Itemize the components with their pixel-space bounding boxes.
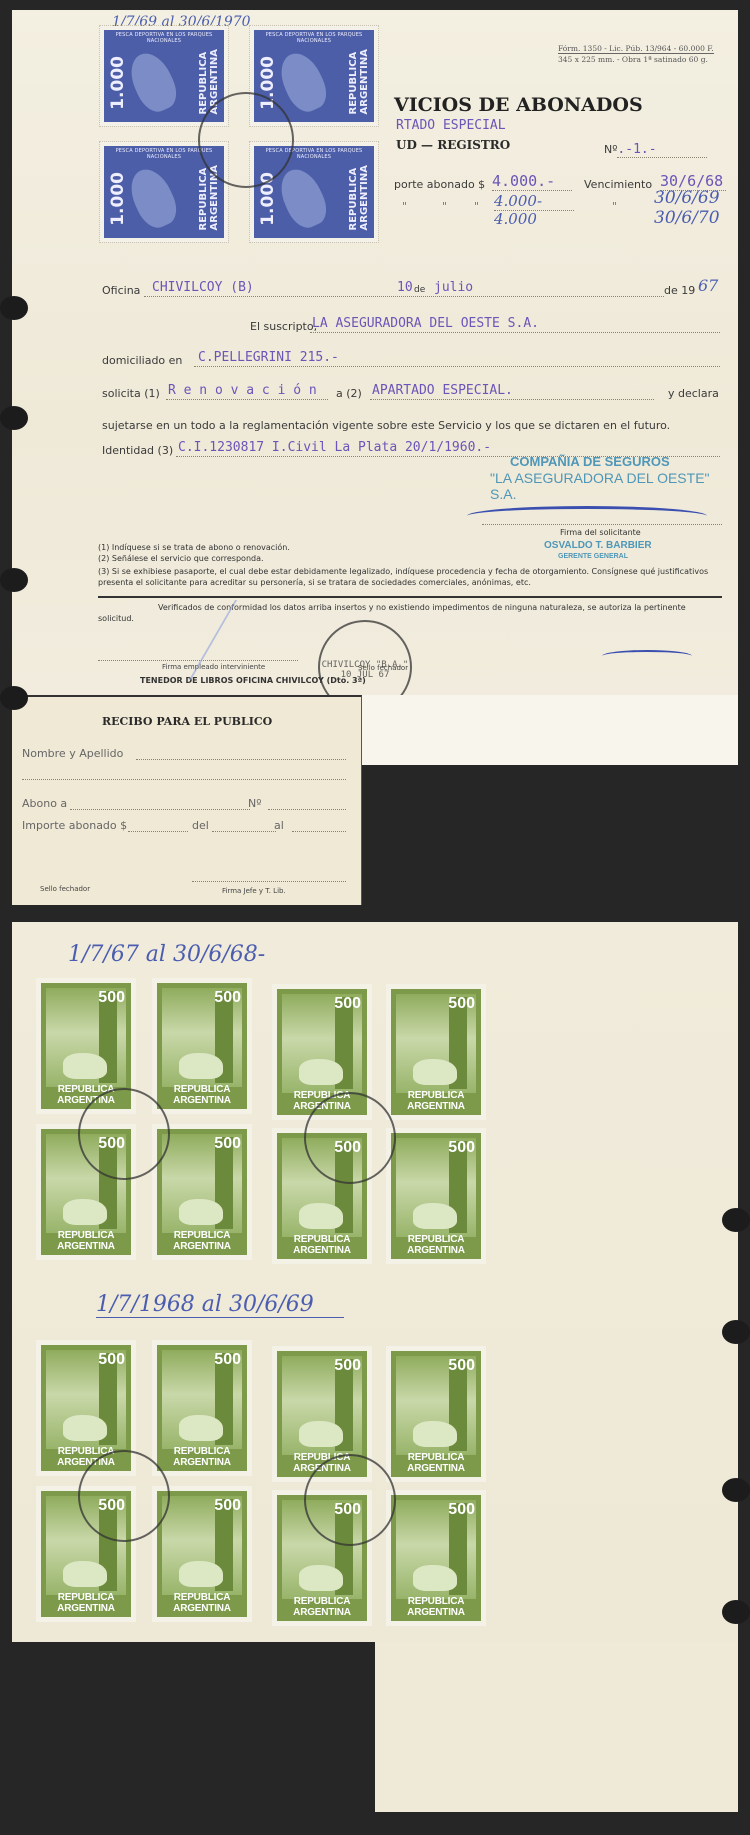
postmark-cancel [304, 1092, 396, 1184]
receipt-stub: RECIBO PARA EL PUBLICO Nombre y Apellido… [12, 695, 362, 905]
receipt-firma: Firma Jefe y T. Lib. [222, 887, 286, 895]
receipt-sello: Sello fechador [40, 885, 90, 893]
postmark-cancel [304, 1454, 396, 1546]
footnote-3: (3) Si se exhibiese pasaporte, el cual d… [98, 566, 718, 588]
stamp-500-pesos: 500REPUBLICA ARGENTINA [386, 1346, 486, 1482]
signature-applicant [467, 506, 707, 526]
footnotes: (1) Indíquese si se trata de abono o ren… [98, 542, 548, 564]
handwritten-period-2: 1/7/1968 al 30/6/69 [96, 1292, 344, 1318]
punch-hole [0, 406, 28, 430]
postmark-cancel [78, 1450, 170, 1542]
identidad-value: C.I.1230817 I.Civil La Plata 20/1/1960.- [178, 440, 491, 455]
year-value: 67 [698, 276, 718, 295]
postmark-cancel [78, 1088, 170, 1180]
form-number: Nº.-1.- [604, 138, 724, 158]
stamp-500-pesos: 500REPUBLICA ARGENTINA [386, 984, 486, 1120]
stamp-500-pesos: 500REPUBLICA ARGENTINA [386, 1128, 486, 1264]
suscripto-row: El suscripto, LA ASEGURADORA DEL OESTE S… [102, 316, 722, 336]
receipt-title: RECIBO PARA EL PUBLICO [102, 715, 272, 728]
importe-label: Importe abonado $ [22, 819, 127, 832]
oficina-value: CHIVILCOY (B) [152, 280, 254, 295]
form-code-line1: Fórm. 1350 - Lic. Púb. 13/964 - 60.000 F… [558, 44, 714, 54]
punch-hole [722, 1208, 750, 1232]
suscripto-value: LA ASEGURADORA DEL OESTE S.A. [312, 316, 539, 331]
punch-hole [0, 296, 28, 320]
stamp-500-pesos: 500REPUBLICA ARGENTINA [386, 1490, 486, 1626]
month-value: julio [434, 280, 473, 295]
punch-hole [722, 1600, 750, 1624]
form-title: VICIOS DE ABONADOS [394, 94, 643, 116]
day-value: 10 [397, 280, 413, 295]
payment-due-2: 30/6/69 [654, 188, 720, 208]
company-stamp-line1: COMPAÑIA DE SEGUROS [510, 454, 670, 469]
punch-hole [722, 1320, 750, 1344]
form-section: UD — REGISTRO [396, 138, 510, 152]
form-number-value: .-1.- [617, 142, 707, 158]
stamp-500-pesos: 500REPUBLICA ARGENTINA [152, 978, 252, 1114]
stamp-sheet: 1/7/67 al 30/6/68- 500REPUBLICA ARGENTIN… [12, 922, 738, 1642]
signature-official [602, 650, 692, 662]
nombre-label: Nombre y Apellido [22, 747, 123, 760]
vencimiento-label: Vencimiento [584, 178, 652, 191]
apartado-value: APARTADO ESPECIAL. [372, 383, 513, 398]
handwritten-period-1: 1/7/67 al 30/6/68- [68, 942, 265, 967]
punch-hole [722, 1478, 750, 1502]
stamp-500-pesos: 500REPUBLICA ARGENTINA [152, 1340, 252, 1476]
signer-name: OSVALDO T. BARBIER [544, 540, 652, 551]
punch-hole [0, 568, 28, 592]
punch-hole [0, 686, 28, 710]
solicita-row: solicita (1) R e n o v a c i ó n a (2) A… [102, 383, 722, 403]
firma-solicitante-label: Firma del solicitante [560, 528, 641, 537]
payment-amount-2: 4.000- [494, 192, 574, 211]
importe-label: porte abonado $ [394, 178, 485, 191]
stamp-block-1967: 500REPUBLICA ARGENTINA500REPUBLICA ARGEN… [24, 978, 504, 1278]
domicilio-value: C.PELLEGRINI 215.- [198, 350, 339, 365]
solicita-value: R e n o v a c i ó n [168, 383, 317, 398]
postmark-cancel [198, 92, 294, 188]
stamp-block-1968: 500REPUBLICA ARGENTINA500REPUBLICA ARGEN… [24, 1340, 504, 1640]
numero-label: Nº [248, 797, 261, 810]
al-label: al [274, 819, 284, 832]
signer-title: GERENTE GENERAL [558, 553, 628, 560]
domicilio-row: domiciliado en C.PELLEGRINI 215.- [102, 350, 722, 370]
sujetarse-text: sujetarse en un todo a la reglamentación… [102, 419, 722, 432]
oficina-row: Oficina CHIVILCOY (B) 10 de julio de 19 … [102, 280, 722, 300]
form-subtitle: RTADO ESPECIAL [396, 118, 506, 133]
application-form-sheet: 1/7/69 al 30/6/1970 Fórm. 1350 - Lic. Pú… [12, 10, 738, 695]
verificados-text: Verificados de conformidad los datos arr… [98, 602, 722, 624]
payment-amount-3: 4.000 [494, 210, 537, 228]
del-label: del [192, 819, 209, 832]
stamp-sheet-lower [375, 1642, 738, 1812]
form-code-line2: 345 x 225 mm. - Obra 1ª satinado 60 g. [558, 55, 708, 64]
payment-due-3: 30/6/70 [654, 208, 720, 228]
company-stamp-line2: "LA ASEGURADORA DEL OESTE" S.A. [490, 470, 738, 502]
payment-amount-1: 4.000.- [492, 172, 572, 191]
torn-strip [362, 695, 738, 765]
abono-label: Abono a [22, 797, 67, 810]
